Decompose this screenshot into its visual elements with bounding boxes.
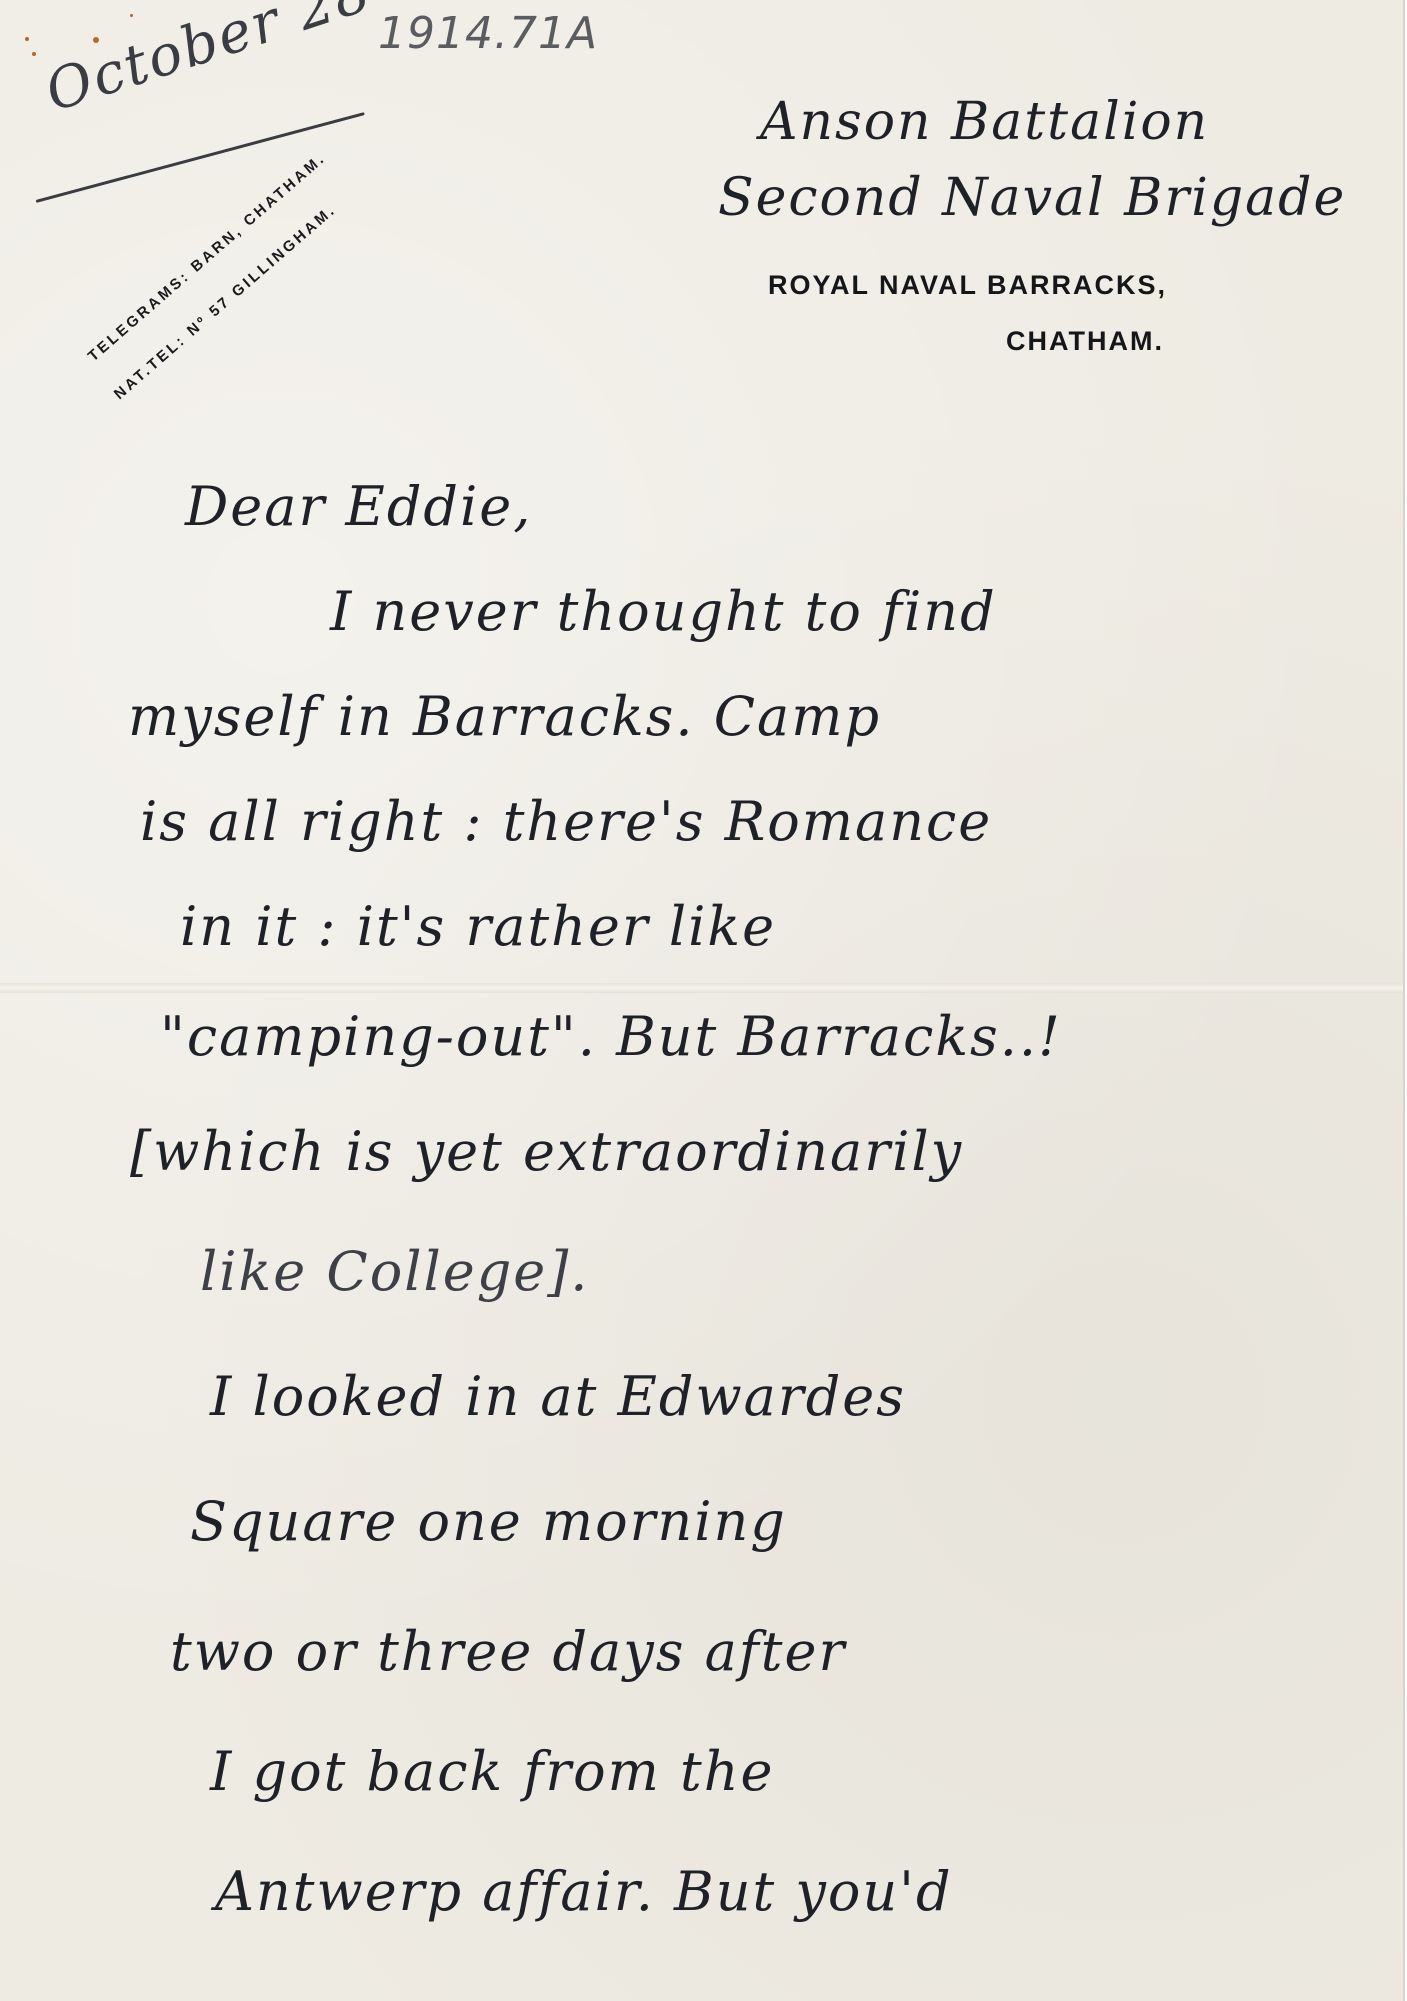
letterhead-telegrams: TELEGRAMS: BARN, CHATHAM.: [85, 150, 329, 365]
body-line-9: Square one morning: [190, 1490, 787, 1553]
letter-page: 1914.71A October 28 TELEGRAMS: BARN, CHA…: [0, 0, 1405, 2001]
foxing-spot: [32, 52, 36, 56]
body-line-7: like College].: [200, 1240, 589, 1303]
body-line-4: in it : it's rather like: [180, 895, 776, 958]
address-line-2: Second Naval Brigade: [718, 168, 1346, 228]
address-line-1: Anson Battalion: [760, 92, 1209, 152]
letterhead-town: CHATHAM.: [1006, 326, 1164, 357]
foxing-spot: [25, 37, 29, 41]
letter-date: October 28: [38, 0, 380, 125]
body-line-10: two or three days after: [170, 1620, 846, 1683]
body-line-1: I never thought to find: [330, 580, 997, 643]
foxing-spot: [93, 37, 99, 43]
letterhead-institution: ROYAL NAVAL BARRACKS,: [768, 270, 1167, 301]
archive-number: 1914.71A: [378, 8, 598, 59]
body-line-3: is all right : there's Romance: [140, 790, 992, 853]
body-line-12: Antwerp affair. But you'd: [215, 1860, 953, 1923]
body-line-11: I got back from the: [210, 1740, 774, 1803]
foxing-spot: [130, 14, 133, 17]
body-line-5: "camping-out". But Barracks..!: [160, 1005, 1062, 1068]
body-line-8: I looked in at Edwardes: [210, 1365, 906, 1428]
salutation: Dear Eddie,: [185, 475, 532, 538]
body-line-6: [which is yet extraordinarily: [130, 1120, 963, 1183]
body-line-2: myself in Barracks. Camp: [128, 685, 881, 748]
fold-crease: [0, 983, 1403, 993]
